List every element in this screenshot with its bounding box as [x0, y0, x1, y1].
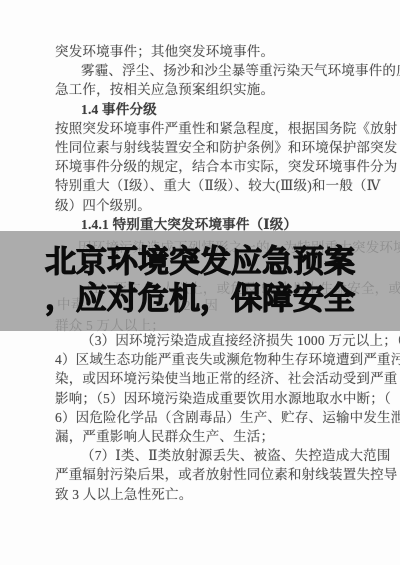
- overlay-banner: 因环境污染造成下列情形之一的，为特别重大突发环境 （1）死亡 30 人以上，或危…: [0, 231, 400, 331]
- doc-line: 漏，严重影响人民群众生产、生活；: [55, 427, 351, 446]
- document-page: 突发环境事件；其他突发环境事件。 雾霾、浮尘、扬沙和沙尘暴等重污染天气环境事件的…: [0, 0, 400, 565]
- doc-line: 染，或因环境污染使当地正常的经济、社会活动受到严重: [55, 369, 351, 388]
- doc-line: 性同位素与射线装置安全和防护条例》和环境保护部突发: [55, 138, 351, 157]
- section-heading-1-4: 1.4 事件分级: [55, 100, 351, 119]
- doc-line: 级）四个级别。: [55, 196, 351, 215]
- doc-line: 雾霾、浮尘、扬沙和沙尘暴等重污染天气环境事件的应: [55, 61, 351, 80]
- doc-line: 致 3 人以上急性死亡。: [55, 485, 351, 504]
- doc-line: （3）因环境污染造成直接经济损失 1000 万元以上；（: [55, 331, 351, 350]
- doc-line: 突发环境事件；其他突发环境事件。: [55, 42, 351, 61]
- document-text-above: 突发环境事件；其他突发环境事件。 雾霾、浮尘、扬沙和沙尘暴等重污染天气环境事件的…: [55, 42, 351, 234]
- screenshot-root: { "document": { "top_lines": [ "突发环境事件；其…: [0, 0, 400, 565]
- doc-line: 严重辐射污染后果，或者放射性同位素和射线装置失控导: [55, 465, 351, 484]
- doc-line: 影响；（5）因环境污染造成重要饮用水源地取水中断；（: [55, 389, 351, 408]
- doc-line: 4）区域生态功能严重丧失或濒危物种生存环境遭到严重污: [55, 350, 351, 369]
- doc-line: 按照突发环境事件严重性和紧急程度，根据国务院《放射: [55, 119, 351, 138]
- doc-line: 急工作，按相关应急预案组织实施。: [55, 80, 351, 99]
- banner-headline-line2: ，应对危机，保障安全: [0, 281, 400, 318]
- doc-line: 6）因危险化学品（含剧毒品）生产、贮存、运输中发生泄: [55, 408, 351, 427]
- banner-headline-line1: 北京环境突发应急预案: [0, 244, 400, 281]
- document-text-below: （3）因环境污染造成直接经济损失 1000 万元以上；（ 4）区域生态功能严重丧…: [55, 331, 351, 504]
- doc-line: （7）Ⅰ类、Ⅱ类放射源丢失、被盗、失控造成大范围: [55, 446, 351, 465]
- doc-line: 环境事件分级的规定，结合本市实际，突发环境事件分为: [55, 157, 351, 176]
- banner-headline: 北京环境突发应急预案 ，应对危机，保障安全: [0, 244, 400, 317]
- doc-line: 特别重大（Ⅰ级）、重大（Ⅱ级）、较大(Ⅲ级)和一般（Ⅳ: [55, 176, 351, 195]
